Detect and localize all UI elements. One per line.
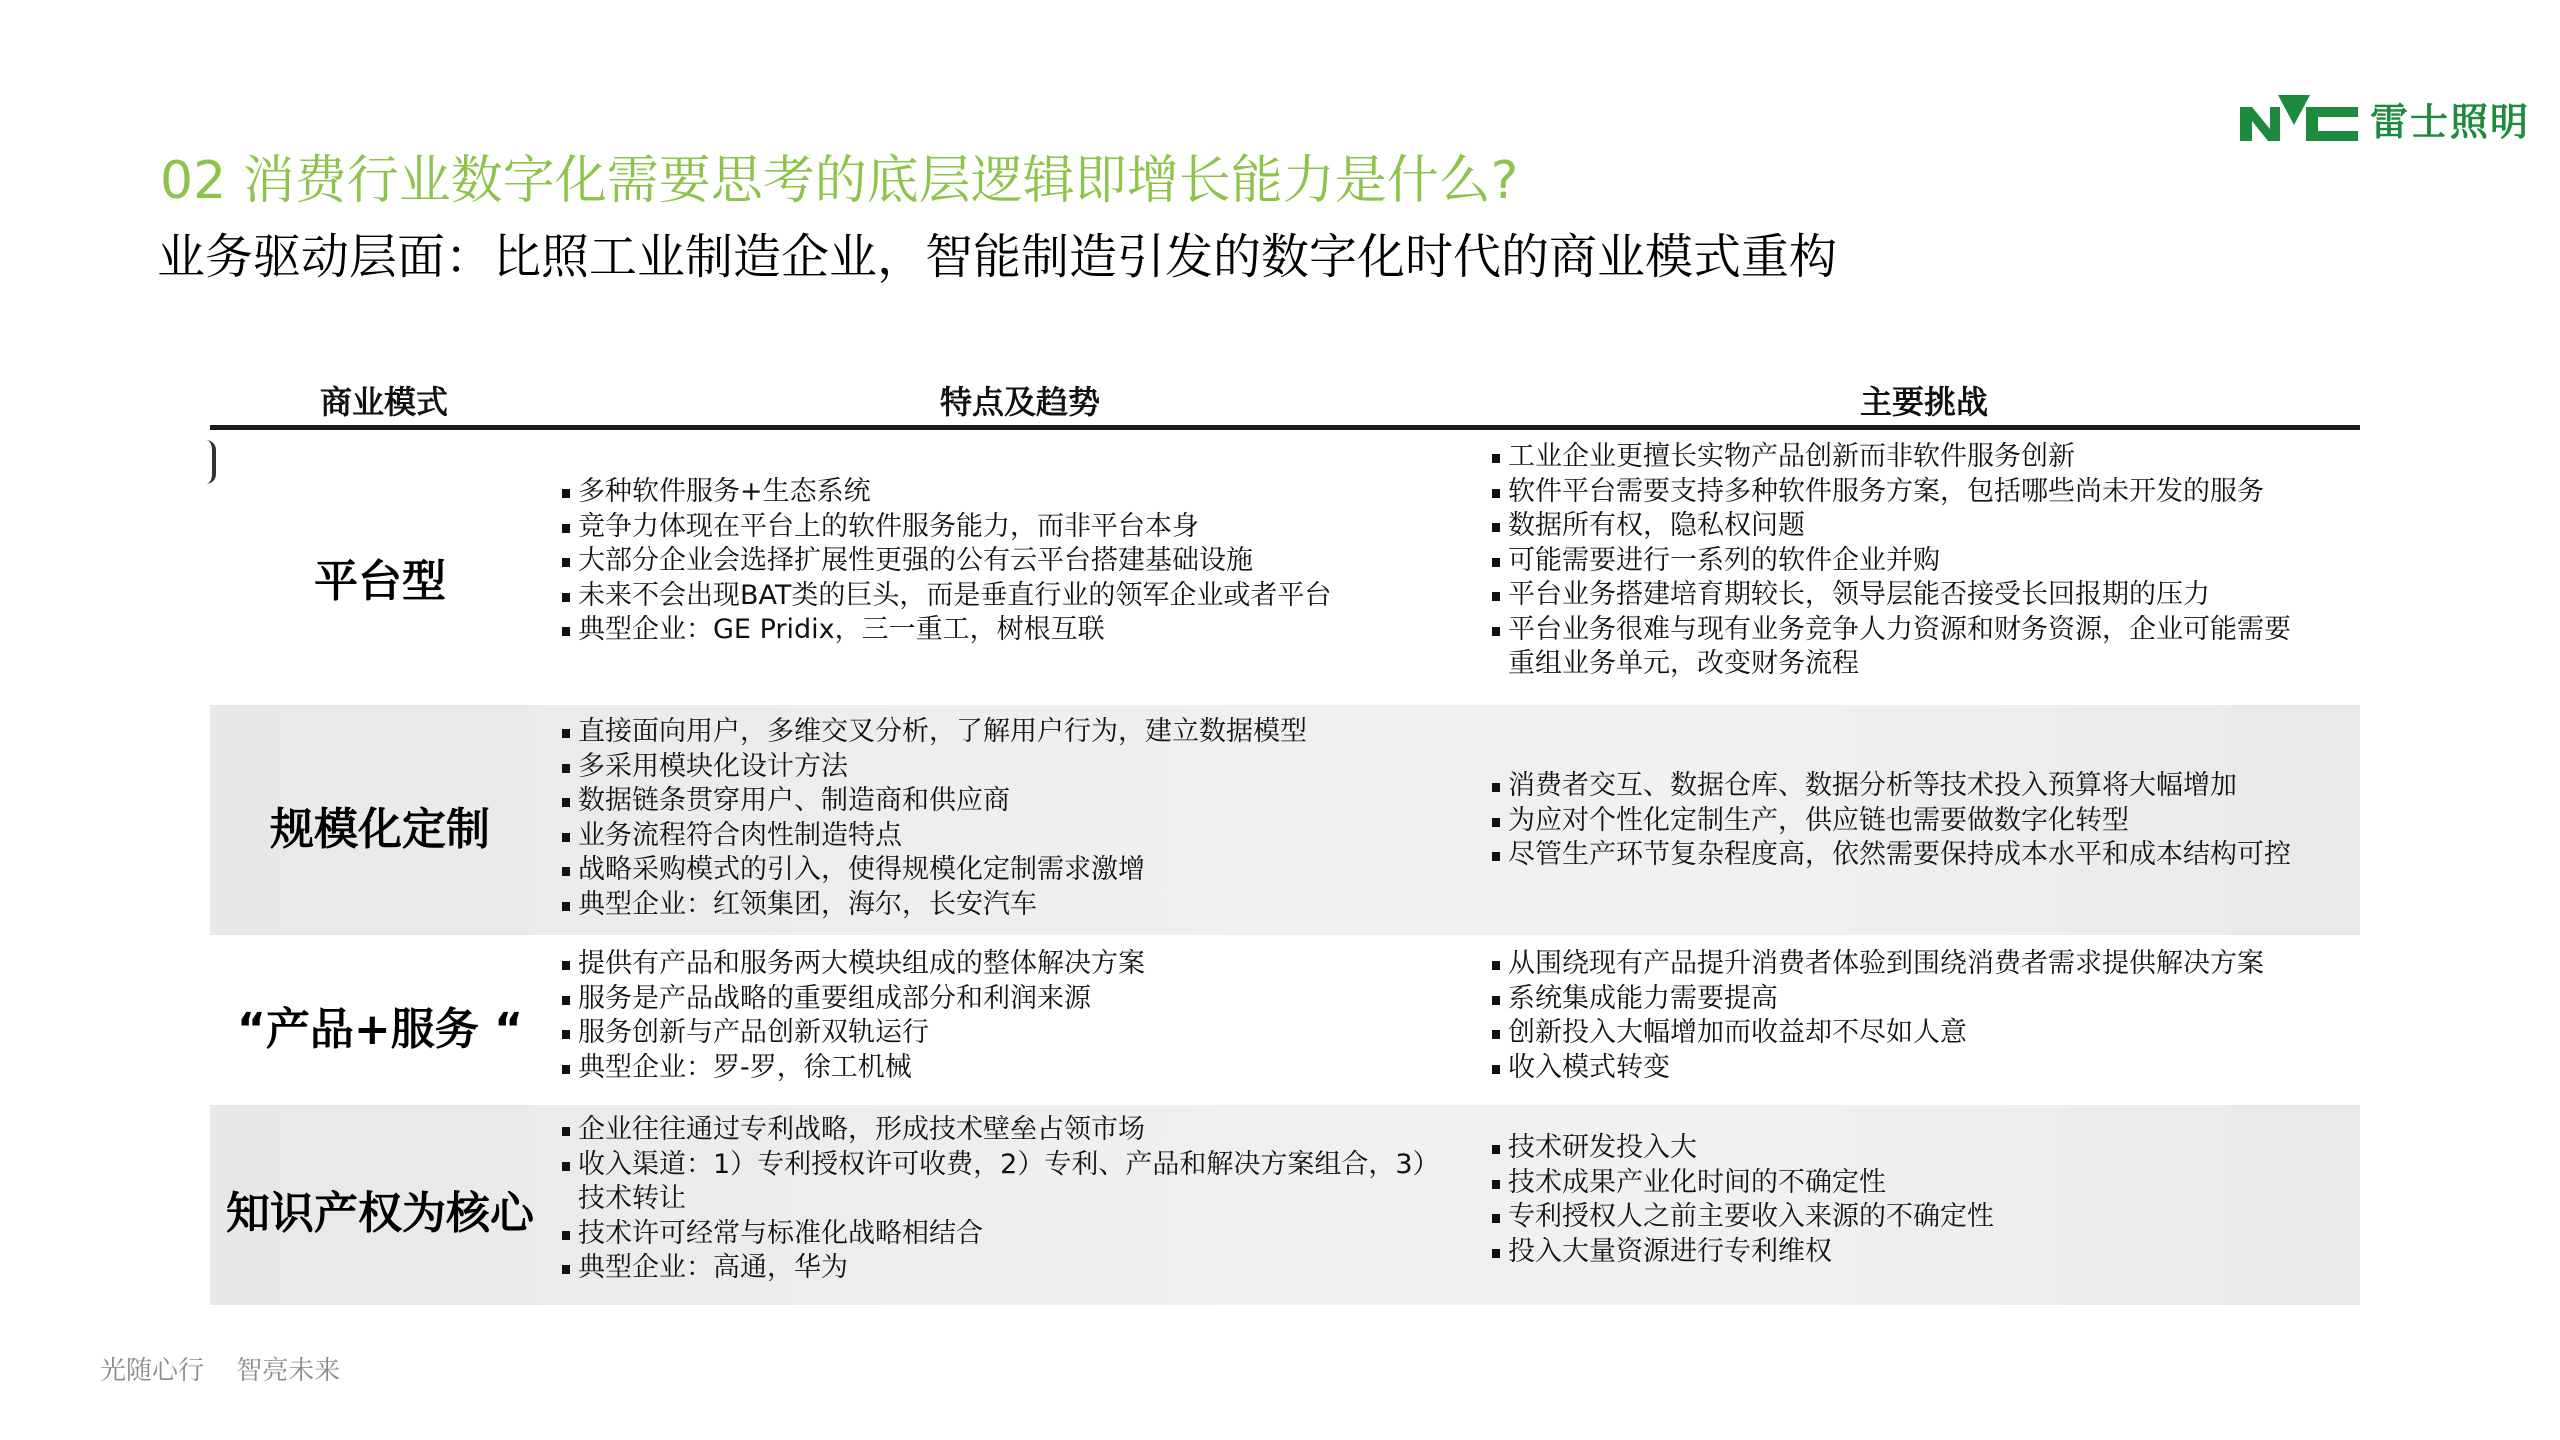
challenge-item: 收入模式转变 xyxy=(1490,1051,2350,1086)
challenge-item: 平台业务很难与现有业务竞争人力资源和财务资源，企业可能需要 xyxy=(1490,613,2350,648)
challenge-item: 创新投入大幅增加而收益却不尽如人意 xyxy=(1490,1016,2350,1051)
feature-item: 未来不会出现BAT类的巨头，而是垂直行业的领军企业或者平台 xyxy=(560,579,1460,614)
column-header-features: 特点及趋势 xyxy=(940,377,1100,423)
challenge-item-continuation: 重组业务单元，改变财务流程 xyxy=(1490,647,2350,682)
page-subtitle: 业务驱动层面：比照工业制造企业，智能制造引发的数字化时代的商业模式重构 xyxy=(157,218,1837,287)
footer-slogan-right: 智亮未来 xyxy=(236,1356,340,1386)
business-model-table: 商业模式 特点及趋势 主要挑战 平台型 多种软件服务+生态系统 竞争力体现在平台… xyxy=(210,365,2360,430)
challenges-cell: 工业企业更擅长实物产品创新而非软件服务创新 软件平台需要支持多种软件服务方案，包… xyxy=(1490,440,2350,682)
challenge-item: 可能需要进行一系列的软件企业并购 xyxy=(1490,544,2350,579)
challenges-cell: 从围绕现有产品提升消费者体验到围绕消费者需求提供解决方案 系统集成能力需要提高 … xyxy=(1490,947,2350,1085)
challenge-item: 系统集成能力需要提高 xyxy=(1490,982,2350,1017)
feature-item: 典型企业：高通，华为 xyxy=(560,1251,1500,1286)
feature-item: 数据链条贯穿用户、制造商和供应商 xyxy=(560,784,1460,819)
feature-item: 技术许可经常与标准化战略相结合 xyxy=(560,1217,1500,1252)
challenge-item: 消费者交互、数据仓库、数据分析等技术投入预算将大幅增加 xyxy=(1490,769,2350,804)
feature-item: 服务是产品战略的重要组成部分和利润来源 xyxy=(560,982,1460,1017)
nvc-logo-icon xyxy=(2240,95,2360,141)
feature-item: 直接面向用户，多维交叉分析，了解用户行为，建立数据模型 xyxy=(560,715,1460,750)
features-cell: 企业往往通过专利战略，形成技术壁垒占领市场 收入渠道：1）专利授权许可收费，2）… xyxy=(560,1113,1500,1286)
challenge-item: 尽管生产环节复杂程度高，依然需要保持成本水平和成本结构可控 xyxy=(1490,838,2350,873)
model-name: 平台型 xyxy=(210,545,550,609)
footer-slogan: 光随心行 智亮未来 xyxy=(100,1350,340,1387)
challenge-item: 平台业务搭建培育期较长，领导层能否接受长回报期的压力 xyxy=(1490,578,2350,613)
feature-item: 收入渠道：1）专利授权许可收费，2）专利、产品和解决方案组合，3） xyxy=(560,1148,1500,1183)
feature-item: 竞争力体现在平台上的软件服务能力，而非平台本身 xyxy=(560,510,1460,545)
features-cell: 提供有产品和服务两大模块组成的整体解决方案 服务是产品战略的重要组成部分和利润来… xyxy=(560,947,1460,1085)
feature-item: 典型企业：红领集团，海尔，长安汽车 xyxy=(560,888,1460,923)
footer-slogan-left: 光随心行 xyxy=(100,1356,204,1386)
feature-item: 多种软件服务+生态系统 xyxy=(560,475,1460,510)
challenge-item: 软件平台需要支持多种软件服务方案，包括哪些尚未开发的服务 xyxy=(1490,475,2350,510)
challenge-item: 为应对个性化定制生产，供应链也需要做数字化转型 xyxy=(1490,804,2350,839)
feature-item: 战略采购模式的引入，使得规模化定制需求激增 xyxy=(560,853,1460,888)
feature-item: 业务流程符合肉性制造特点 xyxy=(560,819,1460,854)
feature-item: 企业往往通过专利战略，形成技术壁垒占领市场 xyxy=(560,1113,1500,1148)
column-header-model: 商业模式 xyxy=(320,377,448,423)
feature-item: 提供有产品和服务两大模块组成的整体解决方案 xyxy=(560,947,1460,982)
model-name: “产品+服务 “ xyxy=(210,993,550,1057)
table-row: 规模化定制 直接面向用户，多维交叉分析，了解用户行为，建立数据模型 多采用模块化… xyxy=(210,705,2360,935)
challenge-item: 工业企业更擅长实物产品创新而非软件服务创新 xyxy=(1490,440,2350,475)
feature-item: 多采用模块化设计方法 xyxy=(560,750,1460,785)
feature-item-continuation: 技术转让 xyxy=(560,1182,1500,1217)
table-row: “产品+服务 “ 提供有产品和服务两大模块组成的整体解决方案 服务是产品战略的重… xyxy=(210,935,2360,1105)
feature-item: 服务创新与产品创新双轨运行 xyxy=(560,1016,1460,1051)
feature-item: 典型企业：GE Pridix，三一重工，树根互联 xyxy=(560,613,1460,648)
challenge-item: 技术研发投入大 xyxy=(1490,1131,2350,1166)
challenge-item: 专利授权人之前主要收入来源的不确定性 xyxy=(1490,1200,2350,1235)
brand-logo: 雷士照明 xyxy=(2240,92,2530,144)
feature-item: 典型企业：罗-罗，徐工机械 xyxy=(560,1051,1460,1086)
challenges-cell: 技术研发投入大 技术成果产业化时间的不确定性 专利授权人之前主要收入来源的不确定… xyxy=(1490,1131,2350,1269)
challenge-item: 数据所有权，隐私权问题 xyxy=(1490,509,2350,544)
features-cell: 多种软件服务+生态系统 竞争力体现在平台上的软件服务能力，而非平台本身 大部分企… xyxy=(560,475,1460,648)
model-name: 知识产权为核心 xyxy=(210,1177,550,1241)
features-cell: 直接面向用户，多维交叉分析，了解用户行为，建立数据模型 多采用模块化设计方法 数… xyxy=(560,715,1460,922)
challenge-item: 技术成果产业化时间的不确定性 xyxy=(1490,1166,2350,1201)
table-row: 知识产权为核心 企业往往通过专利战略，形成技术壁垒占领市场 收入渠道：1）专利授… xyxy=(210,1105,2360,1305)
column-header-challenges: 主要挑战 xyxy=(1860,377,1988,423)
table-header: 商业模式 特点及趋势 主要挑战 xyxy=(210,365,2360,430)
page-title: 02 消费行业数字化需要思考的底层逻辑即增长能力是什么? xyxy=(160,138,1518,213)
model-name: 规模化定制 xyxy=(210,793,550,857)
table-row: 平台型 多种软件服务+生态系统 竞争力体现在平台上的软件服务能力，而非平台本身 … xyxy=(210,435,2360,705)
feature-item: 大部分企业会选择扩展性更强的公有云平台搭建基础设施 xyxy=(560,544,1460,579)
challenge-item: 从围绕现有产品提升消费者体验到围绕消费者需求提供解决方案 xyxy=(1490,947,2350,982)
challenge-item: 投入大量资源进行专利维权 xyxy=(1490,1235,2350,1270)
challenges-cell: 消费者交互、数据仓库、数据分析等技术投入预算将大幅增加 为应对个性化定制生产，供… xyxy=(1490,769,2350,873)
brand-name: 雷士照明 xyxy=(2370,91,2530,146)
